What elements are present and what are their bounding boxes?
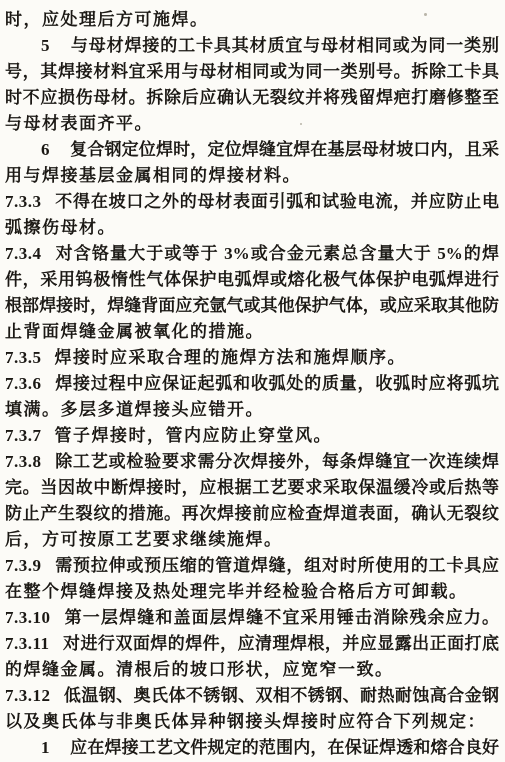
clause-line: 7.3.8除工艺或检验要求需分次焊接外，每条焊缝宜一次连续焊 bbox=[5, 449, 499, 475]
clause-number: 5 bbox=[41, 36, 50, 55]
text-line: 用与焊接基层金属相同的焊接材料。 bbox=[5, 163, 499, 189]
scanned-document-page: 时，应处理后方可施焊。5与母材焊接的工卡具其材质宜与母材相同或为同一类别号，其焊… bbox=[0, 0, 505, 762]
clause-number: 7.3.5 bbox=[5, 348, 42, 367]
line-text: 焊接时应采取合理的施焊方法和施焊顺序。 bbox=[55, 348, 407, 367]
line-text: 焊接过程中应保证起弧和收弧处的质量，收弧时应将弧坑 bbox=[55, 374, 500, 393]
line-text: 不得在坡口之外的母材表面引弧和试验电流，并应防止电 bbox=[55, 192, 500, 211]
scan-speck bbox=[466, 249, 468, 251]
clause-line: 6复合钢定位焊时，定位焊缝宜焊在基层母材坡口内，且采 bbox=[5, 137, 499, 163]
clause-line: 7.3.4对含铬量大于或等于 3%或合金元素总含量大于 5%的焊 bbox=[5, 241, 499, 267]
line-text: 根部焊接时，焊缝背面应充氩气或其他保护气体，或应采取其他防 bbox=[5, 296, 499, 315]
clause-number: 7.3.8 bbox=[5, 452, 42, 471]
line-text: 管子焊接时，管内应防止穿堂风。 bbox=[55, 426, 333, 445]
clause-line: 1应在焊接工艺文件规定的范围内，在保证焊透和熔合良好 bbox=[5, 735, 499, 761]
line-text: 后，方可按原工艺要求继续施焊。 bbox=[5, 530, 283, 549]
clause-number: 7.3.4 bbox=[5, 244, 42, 263]
text-line: 以及奥氏体与非奥氏体异种钢接头焊接时应符合下列规定： bbox=[5, 709, 499, 735]
line-text: 的焊缝金属。清根后的坡口形状，应宽窄一致。 bbox=[5, 660, 394, 679]
page-text: 时，应处理后方可施焊。5与母材焊接的工卡具其材质宜与母材相同或为同一类别号，其焊… bbox=[5, 7, 499, 761]
clause-line: 7.3.9需预拉伸或预压缩的管道焊缝，组对时所使用的工卡具应 bbox=[5, 553, 499, 579]
line-text: 第一层焊缝和盖面层焊缝不宜采用锤击消除残余应力。 bbox=[64, 608, 500, 627]
line-text: 应在焊接工艺文件规定的范围内，在保证焊透和熔合良好 bbox=[70, 738, 499, 757]
text-line: 时，应处理后方可施焊。 bbox=[5, 7, 499, 33]
line-text: 对含铬量大于或等于 3%或合金元素总含量大于 5%的焊 bbox=[55, 244, 500, 263]
clause-number: 7.3.10 bbox=[5, 608, 51, 627]
clause-number: 7.3.3 bbox=[5, 192, 42, 211]
clause-line: 7.3.3不得在坡口之外的母材表面引弧和试验电流，并应防止电 bbox=[5, 189, 499, 215]
text-line: 与母材表面齐平。 bbox=[5, 111, 499, 137]
line-text: 与母材焊接的工卡具其材质宜与母材相同或为同一类别 bbox=[70, 36, 499, 55]
scan-speck bbox=[424, 13, 427, 16]
text-line: 完。当因故中断焊接时，应根据工艺要求采取保温缓冷或后热等 bbox=[5, 475, 499, 501]
clause-line: 5与母材焊接的工卡具其材质宜与母材相同或为同一类别 bbox=[5, 33, 499, 59]
clause-line: 7.3.12低温钢、奥氏体不锈钢、双相不锈钢、耐热耐蚀高合金钢 bbox=[5, 683, 499, 709]
clause-number: 7.3.9 bbox=[5, 556, 42, 575]
line-text: 用与焊接基层金属相同的焊接材料。 bbox=[5, 166, 301, 185]
clause-number: 6 bbox=[41, 140, 50, 159]
scan-speck bbox=[300, 123, 302, 125]
line-text: 时，应处理后方可施焊。 bbox=[5, 10, 209, 29]
line-text: 号，其焊接材料宜采用与母材相同或为同一类别号。拆除工卡具 bbox=[5, 62, 499, 81]
text-line: 在整个焊缝焊接及热处理完毕并经检验合格后方可卸载。 bbox=[5, 579, 499, 605]
clause-number: 7.3.11 bbox=[5, 634, 50, 653]
text-line: 弧擦伤母材。 bbox=[5, 215, 499, 241]
clause-line: 7.3.11对进行双面焊的焊件，应清理焊根，并应显露出正面打底 bbox=[5, 631, 499, 657]
line-text: 低温钢、奥氏体不锈钢、双相不锈钢、耐热耐蚀高合金钢 bbox=[64, 686, 500, 705]
line-text: 复合钢定位焊时，定位焊缝宜焊在基层母材坡口内，且采 bbox=[70, 140, 499, 159]
line-text: 填满。多层多道焊接头应错开。 bbox=[5, 400, 264, 419]
line-text: 与母材表面齐平。 bbox=[5, 114, 153, 133]
clause-number: 1 bbox=[41, 738, 50, 757]
text-line: 止背面焊缝金属被氧化的措施。 bbox=[5, 319, 499, 345]
clause-number: 7.3.12 bbox=[5, 686, 51, 705]
clause-line: 7.3.6焊接过程中应保证起弧和收弧处的质量，收弧时应将弧坑 bbox=[5, 371, 499, 397]
clause-number: 7.3.6 bbox=[5, 374, 42, 393]
clause-line: 7.3.7管子焊接时，管内应防止穿堂风。 bbox=[5, 423, 499, 449]
line-text: 时不应损伤母材。拆除后应确认无裂纹并将残留焊疤打磨修整至 bbox=[5, 88, 499, 107]
text-line: 根部焊接时，焊缝背面应充氩气或其他保护气体，或应采取其他防 bbox=[5, 293, 499, 319]
scan-speck bbox=[341, 557, 343, 559]
line-text: 除工艺或检验要求需分次焊接外，每条焊缝宜一次连续焊 bbox=[55, 452, 500, 471]
line-text: 件，采用钨极惰性气体保护电弧焊或熔化极气体保护电弧焊进行 bbox=[5, 270, 499, 289]
text-line: 填满。多层多道焊接头应错开。 bbox=[5, 397, 499, 423]
line-text: 弧擦伤母材。 bbox=[5, 218, 116, 237]
text-line: 号，其焊接材料宜采用与母材相同或为同一类别号。拆除工卡具 bbox=[5, 59, 499, 85]
line-text: 以及奥氏体与非奥氏体异种钢接头焊接时应符合下列规定： bbox=[5, 712, 486, 731]
text-line: 的焊缝金属。清根后的坡口形状，应宽窄一致。 bbox=[5, 657, 499, 683]
line-text: 防止产生裂纹的措施。再次焊接前应检查焊道表面，确认无裂纹 bbox=[5, 504, 499, 523]
line-text: 完。当因故中断焊接时，应根据工艺要求采取保温缓冷或后热等 bbox=[5, 478, 499, 497]
clause-number: 7.3.7 bbox=[5, 426, 42, 445]
line-text: 对进行双面焊的焊件，应清理焊根，并应显露出正面打底 bbox=[63, 634, 499, 653]
clause-line: 7.3.10第一层焊缝和盖面层焊缝不宜采用锤击消除残余应力。 bbox=[5, 605, 499, 631]
text-line: 防止产生裂纹的措施。再次焊接前应检查焊道表面，确认无裂纹 bbox=[5, 501, 499, 527]
line-text: 止背面焊缝金属被氧化的措施。 bbox=[5, 322, 264, 341]
line-text: 在整个焊缝焊接及热处理完毕并经检验合格后方可卸载。 bbox=[5, 582, 468, 601]
text-line: 时不应损伤母材。拆除后应确认无裂纹并将残留焊疤打磨修整至 bbox=[5, 85, 499, 111]
text-line: 后，方可按原工艺要求继续施焊。 bbox=[5, 527, 499, 553]
line-text: 需预拉伸或预压缩的管道焊缝，组对时所使用的工卡具应 bbox=[55, 556, 500, 575]
text-line: 件，采用钨极惰性气体保护电弧焊或熔化极气体保护电弧焊进行 bbox=[5, 267, 499, 293]
clause-line: 7.3.5焊接时应采取合理的施焊方法和施焊顺序。 bbox=[5, 345, 499, 371]
